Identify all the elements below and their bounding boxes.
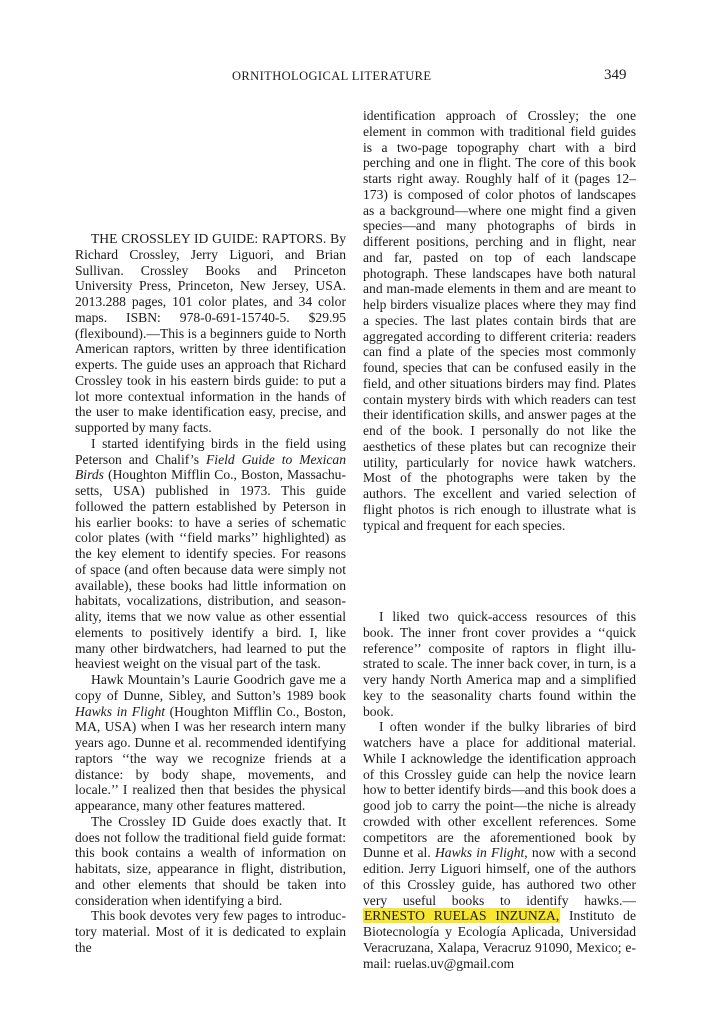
italic-book-title: Hawks in Flight [75,704,165,719]
citation-text: By Richard Crossley, Jerry Liguori, and … [75,231,346,435]
right-column-top: identification approach of Crossley; the… [363,108,636,533]
paragraph-text: (Houghton Mifflin Co., Boston, MA, USA) … [75,704,346,814]
paragraph-peterson: I started identifying birds in the field… [75,436,346,672]
review-citation-paragraph: THE CROSSLEY ID GUIDE: RAPTORS. By Richa… [75,231,346,436]
book-title: THE CROSSLEY ID GUIDE: RAPTORS. [91,231,326,246]
left-column: THE CROSSLEY ID GUIDE: RAPTORS. By Richa… [75,231,346,956]
paragraph-text: Hawk Mountain’s Laurie Goodrich gave me … [75,672,346,703]
page-number: 349 [604,67,627,84]
paragraph-conclusion: I often wonder if the bulky libraries of… [363,719,636,971]
paragraph-continued: identification approach of Crossley; the… [363,108,636,533]
reviewer-name-highlight: ERNESTO RUELAS INZUNZA, [363,908,560,923]
italic-book-title: Hawks in Flight [435,845,524,860]
paragraph-introductory-material: This book devotes very few pages to intr… [75,908,346,955]
paragraph-text: I often wonder if the bulky libraries of… [363,719,636,860]
paragraph-quick-access: I liked two quick-access resources of th… [363,609,636,719]
paragraph-text: (Houghton Mifflin Co., Boston, Massachu­… [75,467,346,671]
journal-section-title: ORNITHOLOGICAL LITERATURE [232,69,431,84]
right-column-bottom: I liked two quick-access resources of th… [363,609,636,971]
paragraph-hawk-mountain: Hawk Mountain’s Laurie Goodrich gave me … [75,672,346,814]
running-head: ORNITHOLOGICAL LITERATURE 349 [0,69,705,87]
paragraph-crossley-guide: The Crossley ID Guide does exactly that.… [75,814,346,909]
